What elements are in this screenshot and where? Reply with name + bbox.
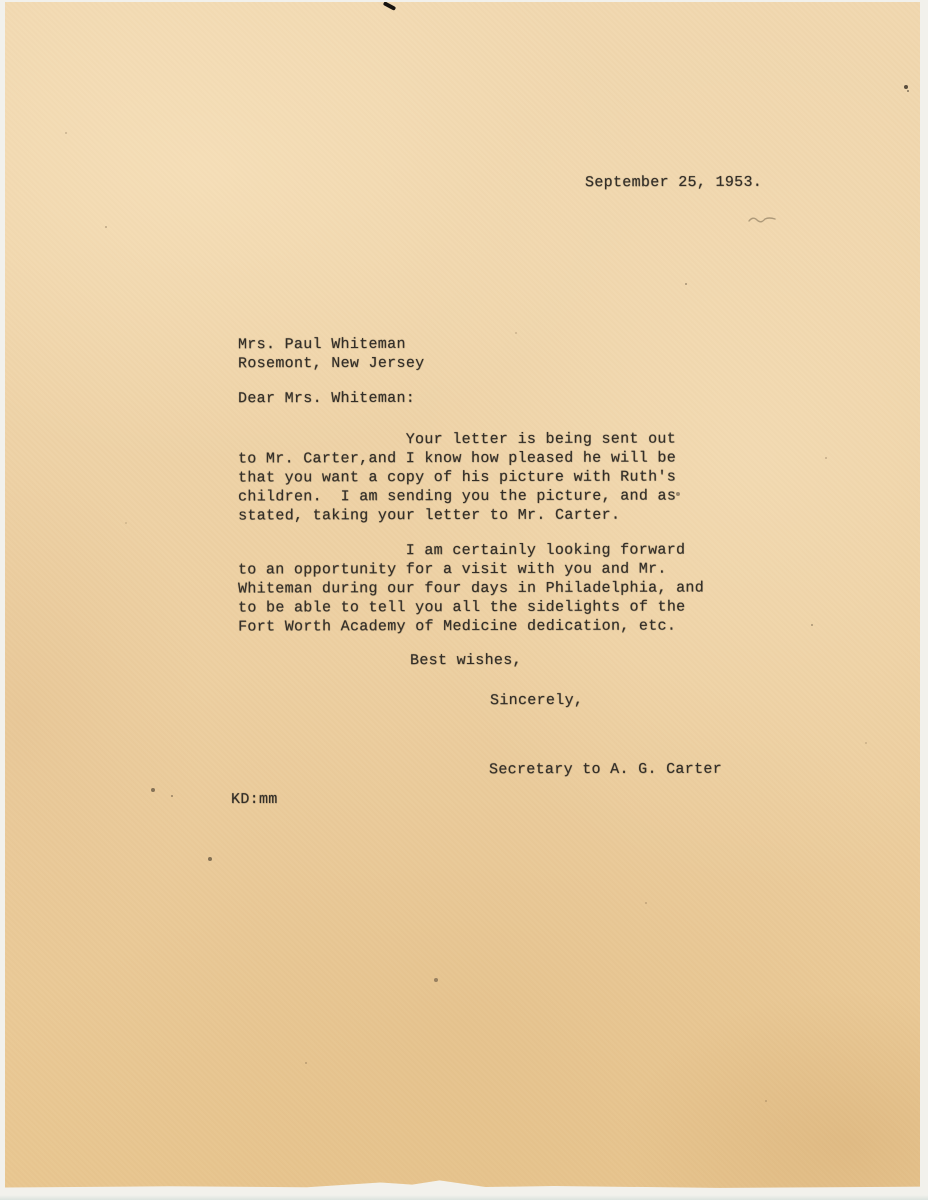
recipient-address: Mrs. Paul Whiteman Rosemont, New Jersey (238, 335, 425, 373)
typist-initials: KD:mm (231, 790, 278, 809)
letter-date: September 25, 1953. (585, 173, 762, 192)
letter-paper: September 25, 1953. Mrs. Paul Whiteman R… (5, 2, 920, 1192)
pencil-squiggle-mark (747, 213, 777, 225)
closing-best-wishes: Best wishes, (410, 651, 522, 670)
closing-sincerely: Sincerely, (490, 691, 583, 710)
scanned-letter-page: September 25, 1953. Mrs. Paul Whiteman R… (0, 0, 928, 1200)
letter-paragraph-1: Your letter is being sent out to Mr. Car… (238, 430, 676, 526)
ink-mark-top (383, 1, 396, 11)
salutation: Dear Mrs. Whiteman: (238, 389, 415, 408)
signature-title: Secretary to A. G. Carter (489, 760, 722, 779)
paper-specks (5, 2, 7, 4)
letter-paragraph-2: I am certainly looking forward to an opp… (238, 541, 704, 637)
